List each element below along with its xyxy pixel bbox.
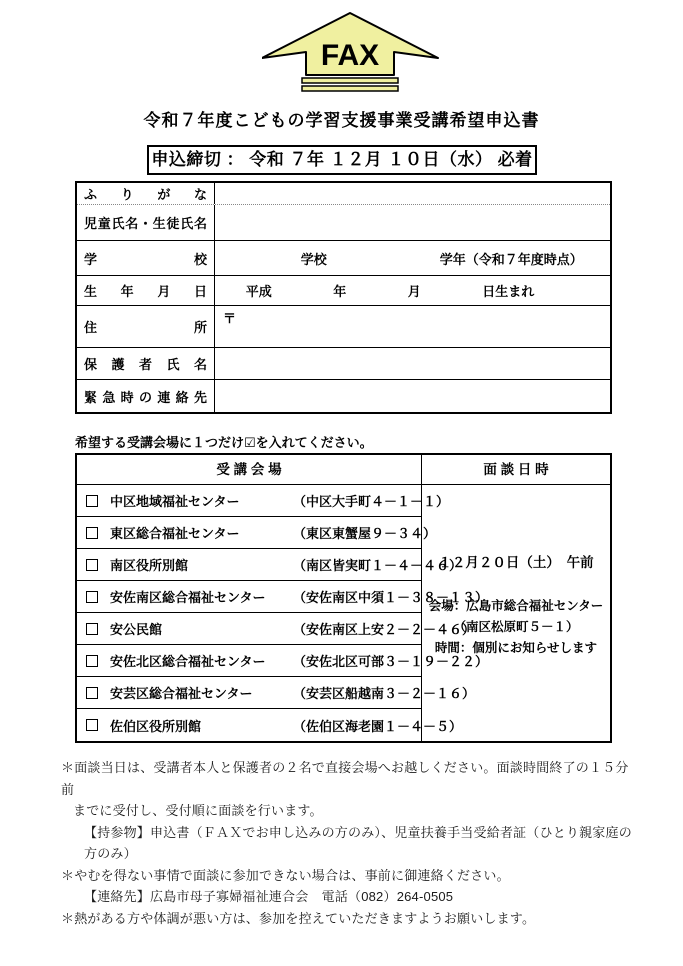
guardian-field[interactable] xyxy=(215,348,610,379)
venue-row-saeki: 佐伯区役所別館 （佐伯区海老園１－４－５） xyxy=(77,709,422,741)
year-label: 年 xyxy=(333,281,346,300)
month-label: 月 xyxy=(408,281,421,300)
checkbox-naka[interactable] xyxy=(86,495,98,507)
school-suffix-label: 学校 xyxy=(215,249,413,268)
venue-row-aki: 安芸区総合福祉センター （安芸区船越南３－２－１６） xyxy=(77,677,422,709)
emergency-contact-field[interactable] xyxy=(215,380,610,412)
venue-instruction: 希望する受講会場に１つだけ☑を入れてください。 xyxy=(75,432,373,451)
note-line: ＊熱がある方や体調が悪い方は、参加を控えていただきますようお願いします。 xyxy=(61,908,639,930)
fax-arrow-icon: FAX xyxy=(262,11,442,95)
checkbox-yasu[interactable] xyxy=(86,623,98,635)
school-field[interactable]: 学校 学年（令和７年度時点） xyxy=(215,241,610,275)
venue-row-yasu: 安公民館 （安佐南区上安２－２－４６） xyxy=(77,613,422,645)
birthdate-label: 生年月日 xyxy=(77,276,215,305)
footer-notes: ＊面談当日は、受講者本人と保護者の２名で直接会場へお越しください。面談時間終了の… xyxy=(61,757,639,929)
era-label: 平成 xyxy=(246,281,272,300)
venue-row-asaminami: 安佐南区総合福祉センター （安佐南区中須１－３８－１３） xyxy=(77,581,422,613)
interview-time-line: 時間：個別にお知らせします xyxy=(435,638,597,659)
row-address: 住所 〒 xyxy=(77,305,610,347)
address-field[interactable]: 〒 xyxy=(215,306,610,347)
venue-table: 受 講 会 場 面 談 日 時 中区地域福祉センター （中区大手町４－１－１） … xyxy=(75,453,612,743)
venue-row-asakita: 安佐北区総合福祉センター （安佐北区可部３－１９－２２） xyxy=(77,645,422,677)
page-title: 令和７年度こどもの学習支援事業受講希望申込書 xyxy=(0,106,683,131)
interview-venue-line2: （南区松原町５－１） xyxy=(453,617,578,638)
fax-arrow-bar-2 xyxy=(302,86,398,91)
note-line: ＊やむを得ない事情で面談に参加できない場合は、事前に御連絡ください。 xyxy=(61,865,639,887)
furigana-label: ふりがな xyxy=(77,183,215,204)
interview-column-header: 面 談 日 時 xyxy=(422,455,610,485)
interview-date: １２月２０日（土） 午前 xyxy=(438,552,593,573)
checkbox-minami[interactable] xyxy=(86,559,98,571)
row-school: 学校 学校 学年（令和７年度時点） xyxy=(77,240,610,275)
interview-info-cell: １２月２０日（土） 午前 会場：広島市総合福祉センター （南区松原町５－１） 時… xyxy=(422,485,610,741)
child-name-field[interactable] xyxy=(215,205,610,240)
guardian-label: 保護者氏名 xyxy=(77,348,215,379)
row-guardian: 保護者氏名 xyxy=(77,347,610,379)
grade-label: 学年（令和７年度時点） xyxy=(413,249,611,268)
venue-column-header: 受 講 会 場 xyxy=(77,455,422,485)
checkbox-asakita[interactable] xyxy=(86,655,98,667)
checkbox-higashi[interactable] xyxy=(86,527,98,539)
row-emergency-contact: 緊急時の連絡先 xyxy=(77,379,610,412)
emergency-contact-label: 緊急時の連絡先 xyxy=(77,380,215,412)
applicant-table: ふりがな 児童氏名・生徒氏名 学校 学校 学年（令和７年度時点） 生年月日 xyxy=(75,181,612,414)
checkbox-asaminami[interactable] xyxy=(86,591,98,603)
fax-application-form: FAX 令和７年度こどもの学習支援事業受講希望申込書 申込締切 ： 令和 ７年 … xyxy=(0,0,683,966)
fax-arrow-svg: FAX xyxy=(262,11,442,95)
note-line: までに受付し、受付順に面談を行います。 xyxy=(61,800,639,822)
address-label: 住所 xyxy=(77,306,215,347)
deadline-banner: 申込締切 ： 令和 ７年 １２月 １０日（水） 必着 xyxy=(147,145,537,175)
note-line: 【持参物】申込書（ＦＡＸでお申し込みの方のみ）、児童扶養手当受給者証（ひとり親家… xyxy=(61,822,639,865)
row-birthdate: 生年月日 平成 年 月 日生まれ xyxy=(77,275,610,305)
row-furigana: ふりがな xyxy=(77,183,610,204)
checkbox-saeki[interactable] xyxy=(86,719,98,731)
child-name-label: 児童氏名・生徒氏名 xyxy=(77,205,215,240)
postal-mark: 〒 xyxy=(223,311,236,326)
checkbox-aki[interactable] xyxy=(86,687,98,699)
fax-arrow-bar-1 xyxy=(302,78,398,83)
school-label: 学校 xyxy=(77,241,215,275)
note-line: ＊面談当日は、受講者本人と保護者の２名で直接会場へお越しください。面談時間終了の… xyxy=(61,757,639,800)
venue-row-naka: 中区地域福祉センター （中区大手町４－１－１） xyxy=(77,485,422,517)
note-line: 【連絡先】広島市母子寡婦福祉連合会 電話（082）264-0505 xyxy=(61,886,639,908)
fax-label: FAX xyxy=(321,39,379,72)
venue-row-higashi: 東区総合福祉センター （東区東蟹屋９－３４） xyxy=(77,517,422,549)
row-child-name: 児童氏名・生徒氏名 xyxy=(77,204,610,240)
venue-row-minami: 南区役所別館 （南区皆実町１－４－４６） xyxy=(77,549,422,581)
birthdate-field[interactable]: 平成 年 月 日生まれ xyxy=(215,276,610,305)
furigana-field[interactable] xyxy=(215,183,610,204)
day-label: 日生まれ xyxy=(482,281,534,300)
interview-venue-line1: 会場：広島市総合福祉センター xyxy=(429,596,604,617)
